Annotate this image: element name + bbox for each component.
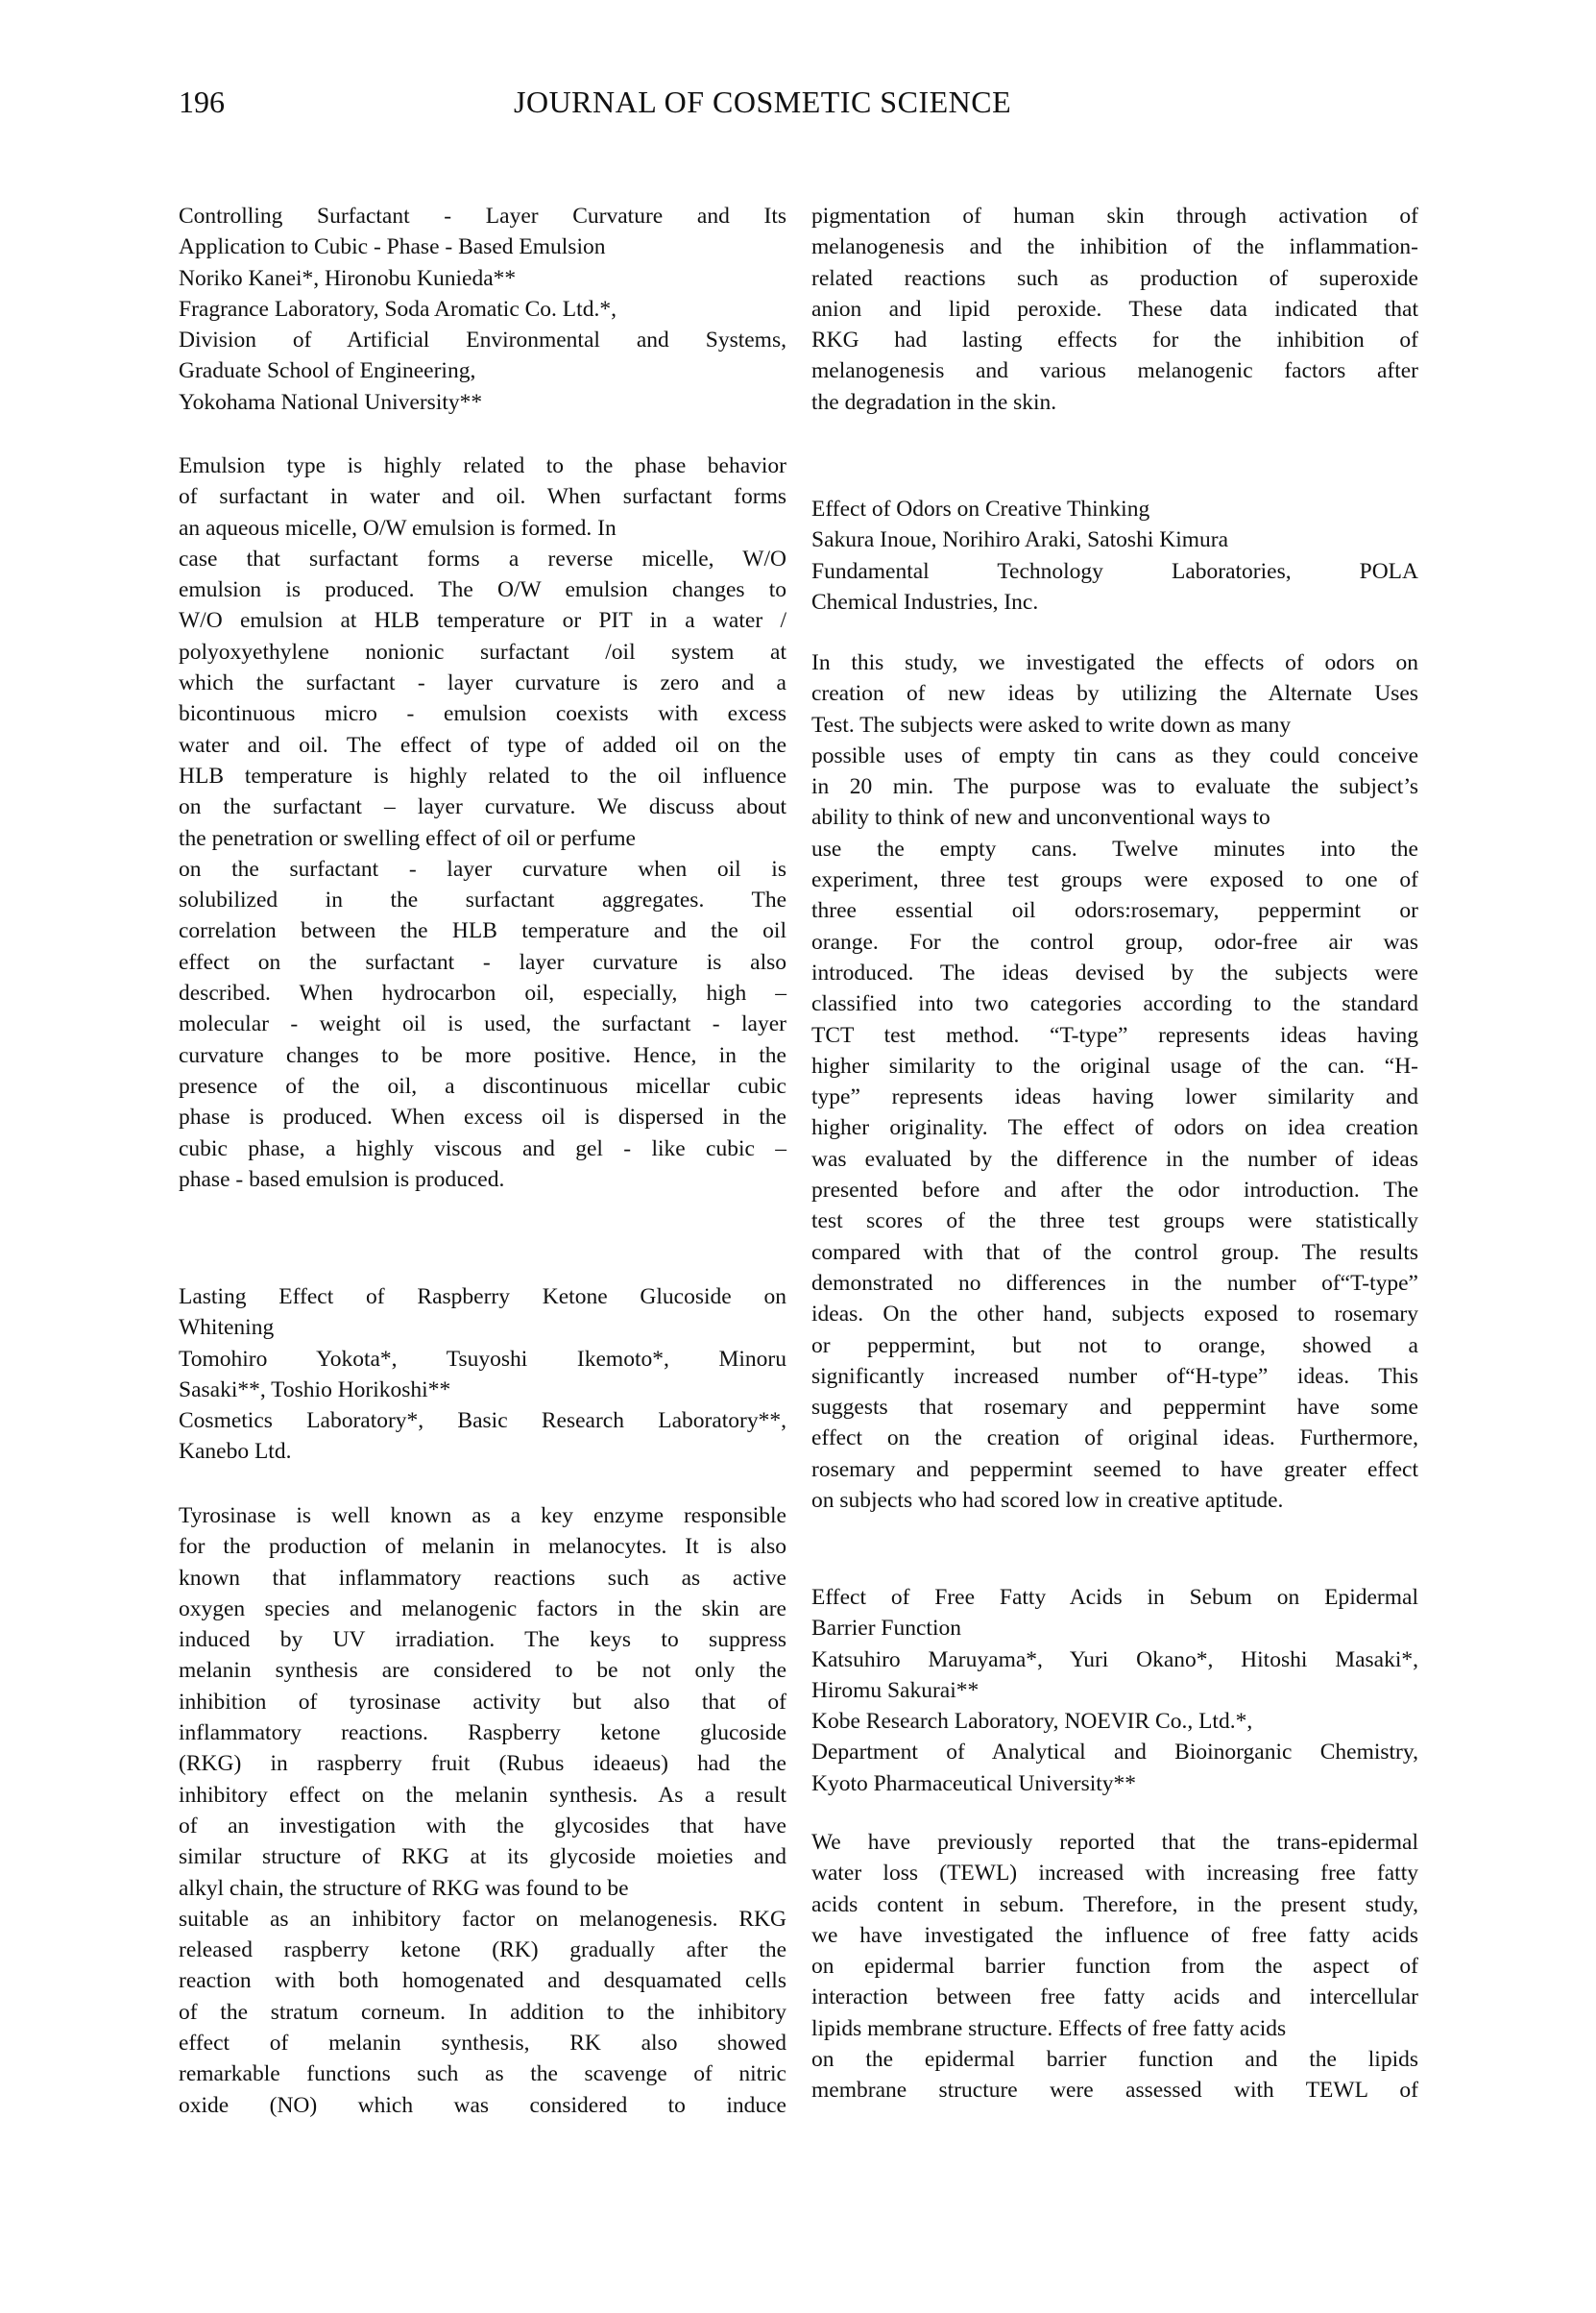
article-heading-odors-creative-thinking: Effect of Odors on Creative Thinking Sak… <box>811 494 1418 618</box>
article-authors: Katsuhiro Maruyama*, Yuri Okano*, Hitosh… <box>811 1644 1418 1675</box>
abstract-line: known that inflammatory reactions such a… <box>179 1563 786 1594</box>
article-affiliation: Chemical Industries, Inc. <box>811 587 1418 618</box>
abstract-line: remarkable functions such as the scaveng… <box>179 2058 786 2089</box>
abstract-line: phase - based emulsion is produced. <box>179 1164 786 1195</box>
abstract-line: presented before and after the odor intr… <box>811 1175 1418 1205</box>
abstract-line: oxide (NO) which was considered to induc… <box>179 2090 786 2121</box>
abstract-line: curvature changes to be more positive. H… <box>179 1040 786 1071</box>
abstract-line: released raspberry ketone (RK) gradually… <box>179 1935 786 1965</box>
article-authors: Sasaki**, Toshio Horikoshi** <box>179 1375 786 1405</box>
abstract-line: we have investigated the influence of fr… <box>811 1920 1418 1951</box>
abstract-line: orange. For the control group, odor-free… <box>811 927 1418 958</box>
abstract-line: interaction between free fatty acids and… <box>811 1982 1418 2012</box>
article-affiliation: Fundamental Technology Laboratories, POL… <box>811 556 1418 587</box>
abstract-line: the penetration or swelling effect of oi… <box>179 823 786 854</box>
article-title-line: Effect of Free Fatty Acids in Sebum on E… <box>811 1582 1418 1613</box>
abstract-line: case that surfactant forms a reverse mic… <box>179 544 786 574</box>
abstract-line: on the surfactant – layer curvature. We … <box>179 791 786 822</box>
abstract-line: introduced. The ideas devised by the sub… <box>811 958 1418 988</box>
abstract-line: on the surfactant - layer curvature when… <box>179 854 786 885</box>
article-authors: Noriko Kanei*, Hironobu Kunieda** <box>179 263 786 294</box>
abstract-line: higher originality. The effect of odors … <box>811 1112 1418 1143</box>
article-authors: Sakura Inoue, Norihiro Araki, Satoshi Ki… <box>811 524 1418 555</box>
abstract-line: bicontinuous micro - emulsion coexists w… <box>179 698 786 729</box>
abstract-line: In this study, we investigated the effec… <box>811 647 1418 678</box>
abstract-line: effect of melanin synthesis, RK also sho… <box>179 2028 786 2058</box>
abstract-line: induced by UV irradiation. The keys to s… <box>179 1624 786 1655</box>
article-title-line: Application to Cubic - Phase - Based Emu… <box>179 231 786 262</box>
abstract-line: creation of new ideas by utilizing the A… <box>811 678 1418 709</box>
abstract-line: higher similarity to the original usage … <box>811 1051 1418 1082</box>
article-title-line: Barrier Function <box>811 1613 1418 1643</box>
abstract-line: effect on the creation of original ideas… <box>811 1423 1418 1453</box>
abstract-line: melanin synthesis are considered to be n… <box>179 1655 786 1686</box>
abstract-line: emulsion is produced. The O/W emulsion c… <box>179 574 786 605</box>
abstract-line: possible uses of empty tin cans as they … <box>811 741 1418 771</box>
article-authors: Tomohiro Yokota*, Tsuyoshi Ikemoto*, Min… <box>179 1344 786 1375</box>
article-abstract-surfactant: Emulsion type is highly related to the p… <box>179 450 786 1195</box>
article-title-line: Lasting Effect of Raspberry Ketone Gluco… <box>179 1281 786 1312</box>
abstract-line: alkyl chain, the structure of RKG was fo… <box>179 1873 786 1904</box>
abstract-line: ability to think of new and unconvention… <box>811 802 1418 833</box>
article-affiliation: Kyoto Pharmaceutical University** <box>811 1768 1418 1799</box>
abstract-line: on the epidermal barrier function and th… <box>811 2044 1418 2075</box>
abstract-line: Emulsion type is highly related to the p… <box>179 450 786 481</box>
abstract-line: an aqueous micelle, O/W emulsion is form… <box>179 513 786 544</box>
abstract-line: which the surfactant - layer curvature i… <box>179 668 786 698</box>
abstract-line: cubic phase, a highly viscous and gel - … <box>179 1133 786 1164</box>
abstract-line: for the production of melanin in melanoc… <box>179 1531 786 1562</box>
abstract-line: RKG had lasting effects for the inhibiti… <box>811 325 1418 355</box>
abstract-line: type” represents ideas having lower simi… <box>811 1082 1418 1112</box>
abstract-line: phase is produced. When excess oil is di… <box>179 1102 786 1132</box>
abstract-line: melanogenesis and various melanogenic fa… <box>811 355 1418 386</box>
article-heading-free-fatty-acids: Effect of Free Fatty Acids in Sebum on E… <box>811 1582 1418 1799</box>
article-affiliation: Yokohama National University** <box>179 387 786 418</box>
abstract-line: test scores of the three test groups wer… <box>811 1205 1418 1236</box>
abstract-line: suggests that rosemary and peppermint ha… <box>811 1392 1418 1423</box>
article-abstract-raspberry-ketone-continued: pigmentation of human skin through activ… <box>811 201 1418 418</box>
abstract-line: W/O emulsion at HLB temperature or PIT i… <box>179 605 786 636</box>
abstract-line: solubilized in the surfactant aggregates… <box>179 885 786 915</box>
abstract-line: correlation between the HLB temperature … <box>179 915 786 946</box>
abstract-line: inhibition of tyrosinase activity but al… <box>179 1687 786 1717</box>
left-column: Controlling Surfactant - Layer Curvature… <box>179 0 786 2313</box>
abstract-line: on subjects who had scored low in creati… <box>811 1485 1418 1516</box>
abstract-line: inhibitory effect on the melanin synthes… <box>179 1780 786 1811</box>
abstract-line: Tyrosinase is well known as a key enzyme… <box>179 1500 786 1531</box>
abstract-line: the degradation in the skin. <box>811 387 1418 418</box>
abstract-line: significantly increased number of“H-type… <box>811 1361 1418 1392</box>
article-affiliation: Division of Artificial Environmental and… <box>179 325 786 355</box>
article-abstract-raspberry-ketone: Tyrosinase is well known as a key enzyme… <box>179 1500 786 2121</box>
article-affiliation: Kanebo Ltd. <box>179 1436 786 1467</box>
abstract-line: of surfactant in water and oil. When sur… <box>179 481 786 512</box>
article-abstract-free-fatty-acids: We have previously reported that the tra… <box>811 1827 1418 2106</box>
abstract-line: polyoxyethylene nonionic surfactant /oil… <box>179 637 786 668</box>
abstract-line: three essential oil odors:rosemary, pepp… <box>811 895 1418 926</box>
abstract-line: melanogenesis and the inhibition of the … <box>811 231 1418 262</box>
abstract-line: water loss (TEWL) increased with increas… <box>811 1858 1418 1888</box>
abstract-line: acids content in sebum. Therefore, in th… <box>811 1889 1418 1920</box>
abstract-line: HLB temperature is highly related to the… <box>179 761 786 791</box>
abstract-line: Test. The subjects were asked to write d… <box>811 710 1418 741</box>
abstract-line: was evaluated by the difference in the n… <box>811 1144 1418 1175</box>
abstract-line: use the empty cans. Twelve minutes into … <box>811 834 1418 864</box>
abstract-line: lipids membrane structure. Effects of fr… <box>811 2013 1418 2044</box>
abstract-line: TCT test method. “T-type” represents ide… <box>811 1020 1418 1051</box>
article-title-line: Controlling Surfactant - Layer Curvature… <box>179 201 786 231</box>
abstract-line: molecular - weight oil is used, the surf… <box>179 1009 786 1039</box>
article-affiliation: Fragrance Laboratory, Soda Aromatic Co. … <box>179 294 786 325</box>
article-title-line: Whitening <box>179 1312 786 1343</box>
article-affiliation: Cosmetics Laboratory*, Basic Research La… <box>179 1405 786 1436</box>
article-abstract-odors-creative-thinking: In this study, we investigated the effec… <box>811 647 1418 1516</box>
abstract-line: membrane structure were assessed with TE… <box>811 2075 1418 2106</box>
abstract-line: presence of the oil, a discontinuous mic… <box>179 1071 786 1102</box>
abstract-line: described. When hydrocarbon oil, especia… <box>179 978 786 1009</box>
abstract-line: pigmentation of human skin through activ… <box>811 201 1418 231</box>
article-authors: Hiromu Sakurai** <box>811 1675 1418 1706</box>
abstract-line: suitable as an inhibitory factor on mela… <box>179 1904 786 1935</box>
article-heading-raspberry-ketone: Lasting Effect of Raspberry Ketone Gluco… <box>179 1281 786 1468</box>
abstract-line: classified into two categories according… <box>811 988 1418 1019</box>
abstract-line: (RKG) in raspberry fruit (Rubus ideaeus)… <box>179 1748 786 1779</box>
abstract-line: of the stratum corneum. In addition to t… <box>179 1997 786 2028</box>
abstract-line: anion and lipid peroxide. These data ind… <box>811 294 1418 325</box>
abstract-line: rosemary and peppermint seemed to have g… <box>811 1454 1418 1485</box>
abstract-line: oxygen species and melanogenic factors i… <box>179 1594 786 1624</box>
abstract-line: similar structure of RKG at its glycosid… <box>179 1841 786 1872</box>
article-affiliation: Department of Analytical and Bioinorgani… <box>811 1737 1418 1767</box>
abstract-line: effect on the surfactant - layer curvatu… <box>179 947 786 978</box>
abstract-line: ideas. On the other hand, subjects expos… <box>811 1299 1418 1329</box>
abstract-line: reaction with both homogenated and desqu… <box>179 1965 786 1996</box>
abstract-line: on epidermal barrier function from the a… <box>811 1951 1418 1982</box>
abstract-line: in 20 min. The purpose was to evaluate t… <box>811 771 1418 802</box>
abstract-line: compared with that of the control group.… <box>811 1237 1418 1268</box>
article-affiliation: Kobe Research Laboratory, NOEVIR Co., Lt… <box>811 1706 1418 1737</box>
abstract-line: related reactions such as production of … <box>811 263 1418 294</box>
article-title-line: Effect of Odors on Creative Thinking <box>811 494 1418 524</box>
article-heading-surfactant: Controlling Surfactant - Layer Curvature… <box>179 201 786 418</box>
abstract-line: We have previously reported that the tra… <box>811 1827 1418 1858</box>
abstract-line: inflammatory reactions. Raspberry ketone… <box>179 1717 786 1748</box>
right-column: pigmentation of human skin through activ… <box>811 0 1418 2313</box>
abstract-line: experiment, three test groups were expos… <box>811 864 1418 895</box>
article-affiliation: Graduate School of Engineering, <box>179 355 786 386</box>
abstract-line: water and oil. The effect of type of add… <box>179 730 786 761</box>
abstract-line: demonstrated no differences in the numbe… <box>811 1268 1418 1299</box>
abstract-line: of an investigation with the glycosides … <box>179 1811 786 1841</box>
abstract-line: or peppermint, but not to orange, showed… <box>811 1330 1418 1361</box>
